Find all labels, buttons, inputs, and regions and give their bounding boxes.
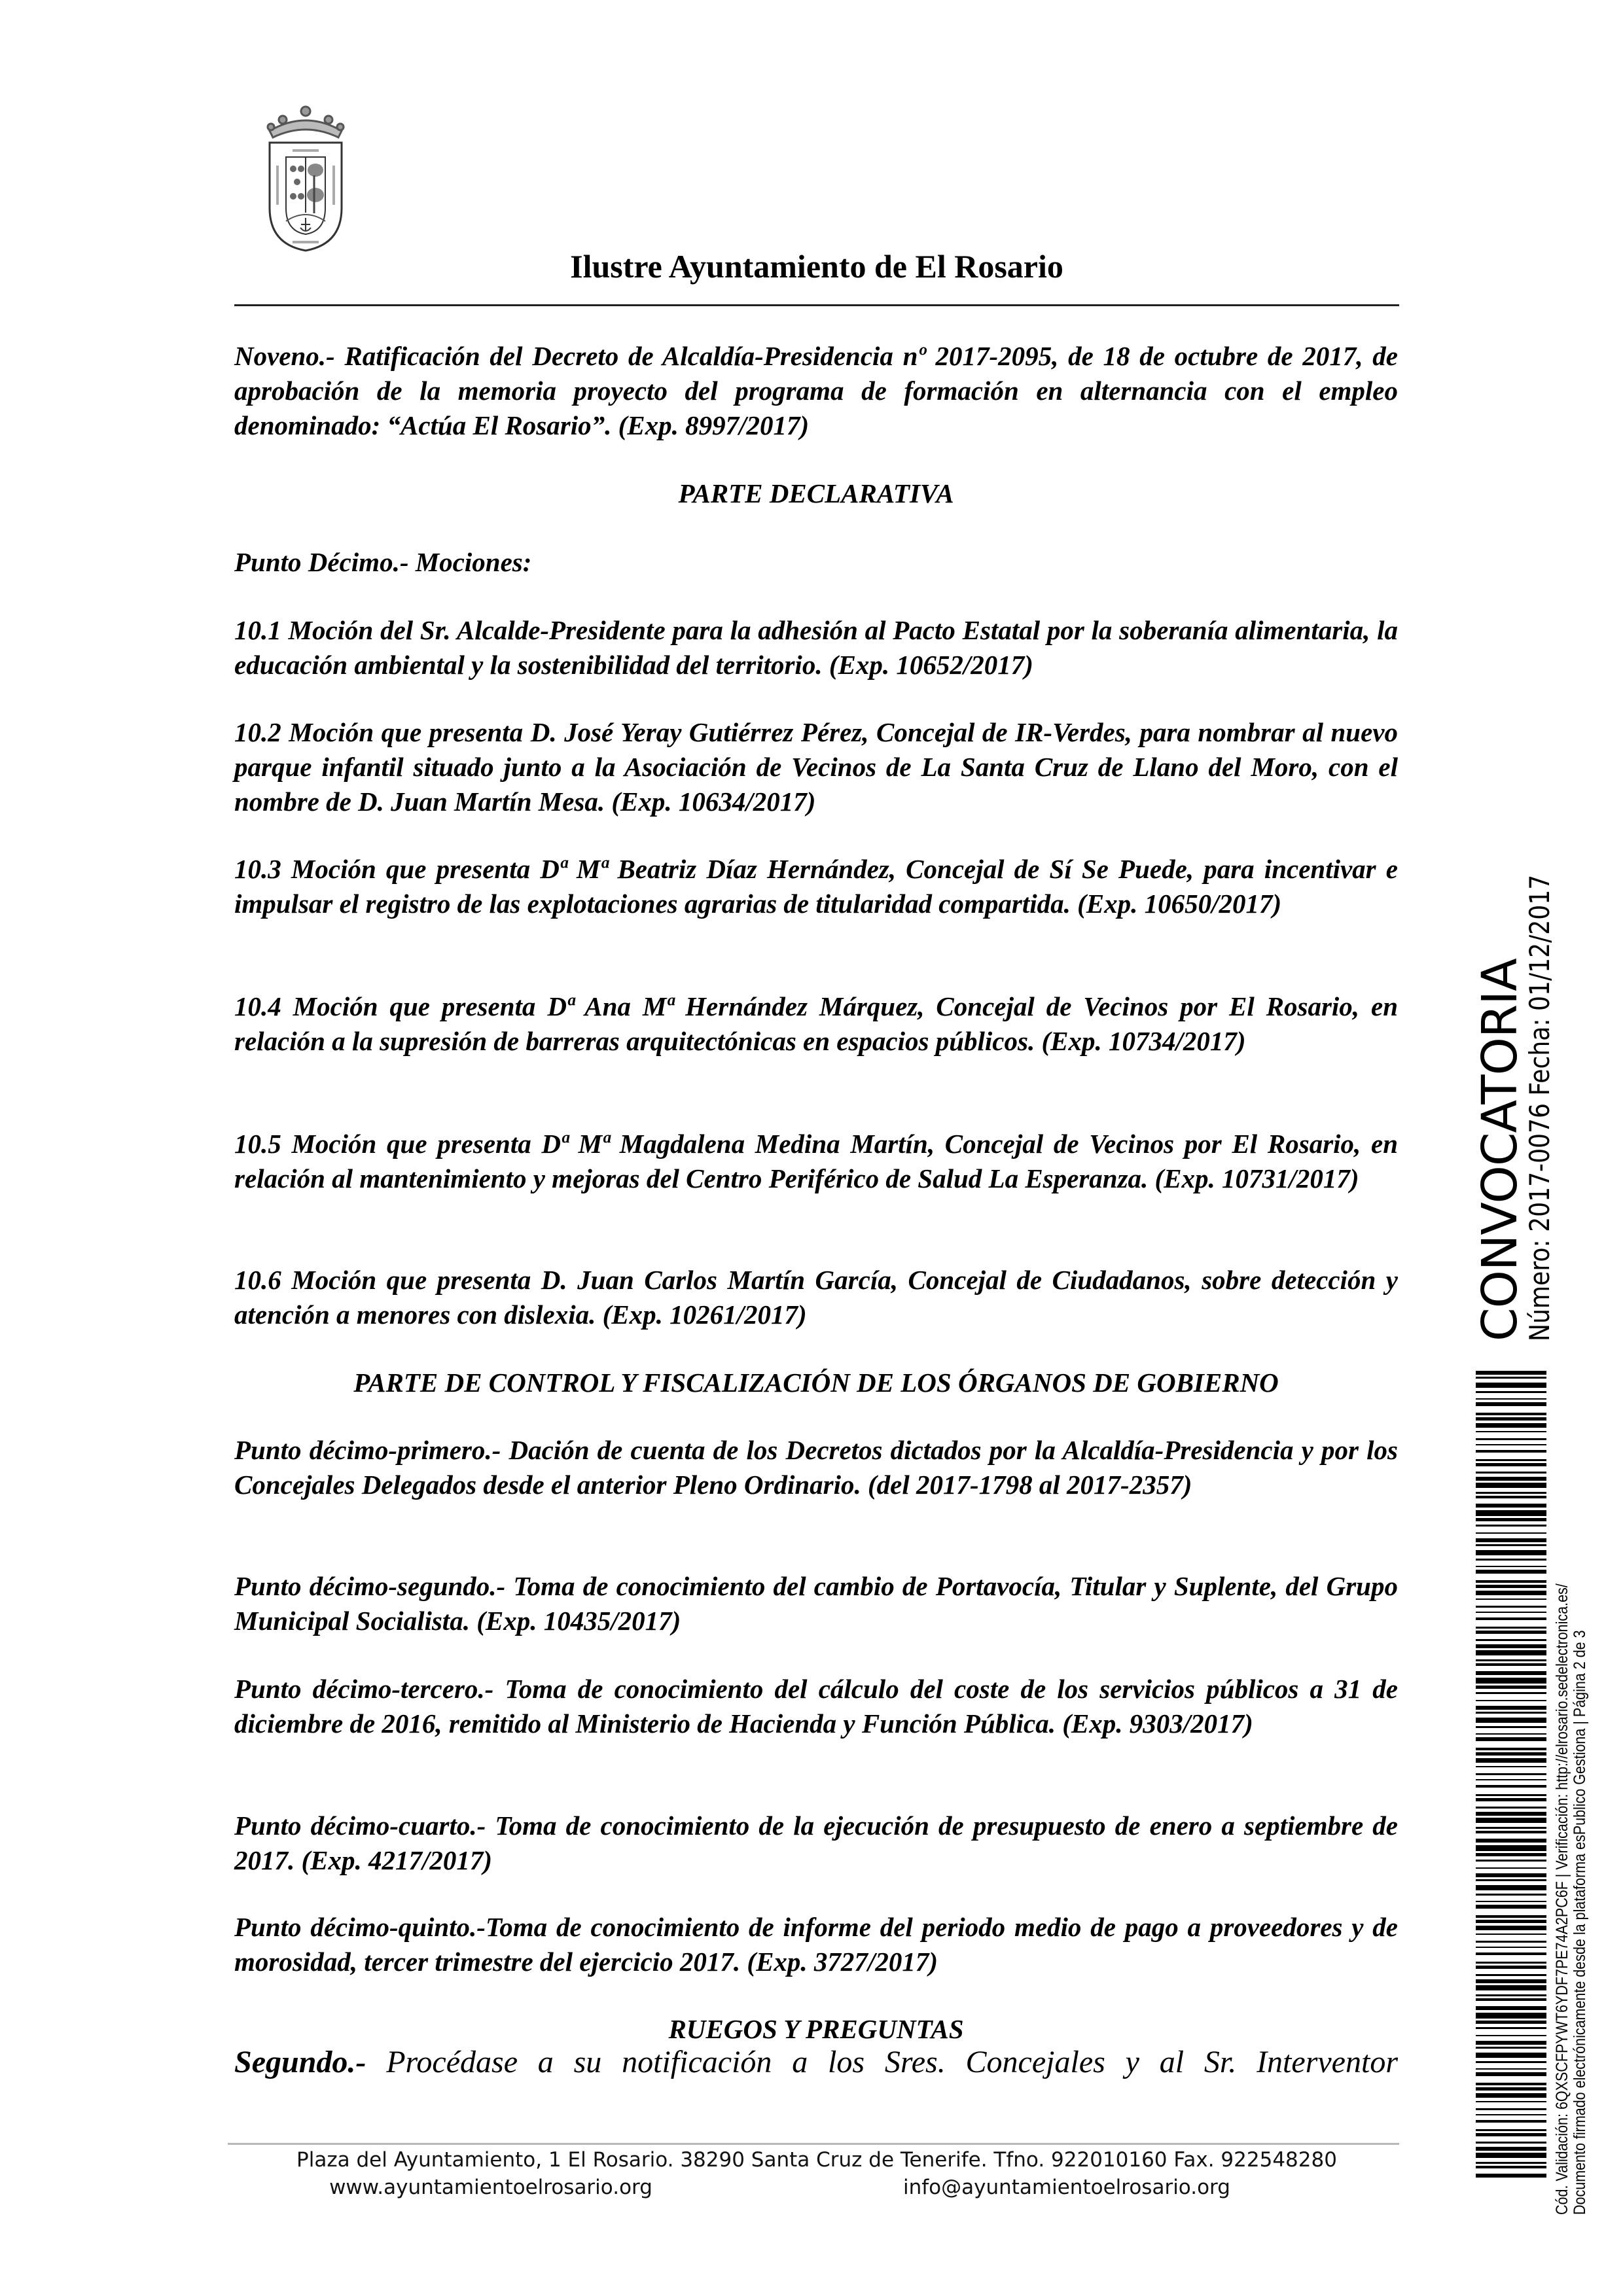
agenda-item-noveno: Noveno.- Ratificación del Decreto de Alc… (234, 339, 1398, 443)
section-heading-declarativa: PARTE DECLARATIVA (234, 476, 1398, 511)
agenda-item-decimo-segundo: Punto décimo-segundo.- Toma de conocimie… (234, 1569, 1398, 1638)
document-page: Ilustre Ayuntamiento de El Rosario Noven… (0, 0, 1623, 2296)
section-heading-control: PARTE DE CONTROL Y FISCALIZACIÓN DE LOS … (234, 1366, 1398, 1400)
barcode-icon (1476, 1371, 1546, 2179)
agenda-item-decimo-tercero: Punto décimo-tercero.- Toma de conocimie… (234, 1672, 1398, 1741)
motion-10-1: 10.1 Moción del Sr. Alcalde-Presidente p… (234, 613, 1398, 682)
segundo-paragraph: Segundo.- Procédase a su notificación a … (234, 2043, 1398, 2082)
segundo-text: Procédase a su notificación a los Sres. … (386, 2045, 1398, 2079)
stamp-document-type: CONVOCATORIA (1476, 959, 1524, 1341)
page-title: Ilustre Ayuntamiento de El Rosario (234, 247, 1399, 285)
motion-10-5: 10.5 Moción que presenta Dª Mª Magdalena… (234, 1127, 1398, 1196)
motion-10-4: 10.4 Moción que presenta Dª Ana Mª Herná… (234, 989, 1398, 1059)
footer-email-link[interactable]: info@ayuntamientoelrosario.org (903, 2174, 1427, 2201)
motion-10-3: 10.3 Moción que presenta Dª Mª Beatriz D… (234, 852, 1398, 921)
coat-of-arms-icon (230, 97, 381, 254)
agenda-item-decimo-cuarto: Punto décimo-cuarto.- Toma de conocimien… (234, 1809, 1398, 1878)
footer-website-link[interactable]: www.ayuntamientoelrosario.org (262, 2174, 720, 2201)
agenda-item-decimo-primero: Punto décimo-primero.- Dación de cuenta … (234, 1433, 1398, 1502)
footer-address: Plaza del Ayuntamiento, 1 El Rosario. 38… (234, 2146, 1399, 2174)
agenda-item-decimo-quinto: Punto décimo-quinto.-Toma de conocimient… (234, 1910, 1398, 1979)
stamp-number-date: Número: 2017-0076 Fecha: 01/12/2017 (1525, 875, 1555, 1341)
motion-10-6: 10.6 Moción que presenta D. Juan Carlos … (234, 1263, 1398, 1332)
footer-divider (228, 2143, 1399, 2145)
section-heading-ruegos: RUEGOS Y PREGUNTAS (234, 2012, 1398, 2047)
validation-code: Cód. Validación: 6QXSCFPYWT6YDF7PE74A2PC… (1553, 1583, 1571, 2215)
motion-10-2: 10.2 Moción que presenta D. José Yeray G… (234, 715, 1398, 819)
agenda-item-punto-decimo: Punto Décimo.- Mociones: (234, 545, 1398, 580)
signature-notice: Documento firmado electrónicamente desde… (1571, 1630, 1589, 2215)
segundo-label: Segundo.- (234, 2045, 366, 2079)
header-divider (234, 304, 1399, 306)
